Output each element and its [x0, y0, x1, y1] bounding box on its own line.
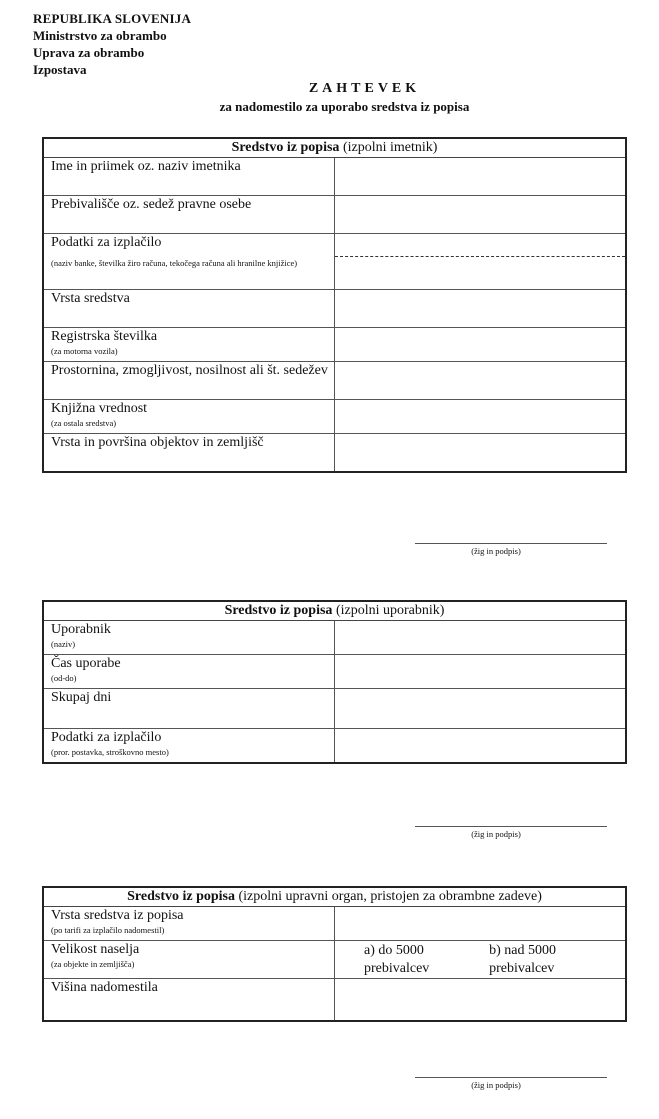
- field-label-book-value: Knjižna vrednost (za ostala sredstva): [43, 400, 335, 434]
- user-section-table: Sredstvo iz popisa (izpolni uporabnik) U…: [42, 600, 627, 764]
- title-main: ZAHTEVEK: [70, 80, 659, 98]
- asset-type-field[interactable]: [335, 290, 627, 328]
- field-label-holder-name: Ime in priimek oz. naziv imetnika: [43, 158, 335, 196]
- table-row: Uporabnik (naziv): [43, 621, 626, 655]
- field-label-capacity: Prostornina, zmogljivost, nosilnost ali …: [43, 362, 335, 400]
- header-ministry: Ministrstvo za obrambo: [33, 27, 191, 44]
- holder-section-heading: Sredstvo iz popisa (izpolni imetnik): [43, 138, 626, 158]
- table-row: Prebivališče oz. sedež pravne osebe: [43, 196, 626, 234]
- table-row: Prostornina, zmogljivost, nosilnost ali …: [43, 362, 626, 400]
- authority-section-heading: Sredstvo iz popisa (izpolni upravni orga…: [43, 887, 626, 907]
- table-row: Čas uporabe (od-do): [43, 655, 626, 689]
- field-label-registration: Registrska številka (za motorna vozila): [43, 328, 335, 362]
- option-up-to-5000[interactable]: a) do 5000 prebivalcev: [364, 942, 489, 978]
- settlement-size-field: a) do 5000 prebivalcev b) nad 5000 prebi…: [335, 941, 627, 979]
- table-row: Knjižna vrednost (za ostala sredstva): [43, 400, 626, 434]
- header-administration: Uprava za obrambo: [33, 44, 191, 61]
- table-row: Registrska številka (za motorna vozila): [43, 328, 626, 362]
- field-label-total-days: Skupaj dni: [43, 689, 335, 729]
- field-label-compensation-amount: Višina nadomestila: [43, 979, 335, 1021]
- section-heading-note: (izpolni upravni organ, pristojen za obr…: [235, 889, 542, 904]
- field-label-asset-type-tariff: Vrsta sredstva iz popisa (po tarifi za i…: [43, 907, 335, 941]
- table-row: Velikost naselja (za objekte in zemljišč…: [43, 941, 626, 979]
- registration-number-field[interactable]: [335, 328, 627, 362]
- usage-period-field[interactable]: [335, 655, 627, 689]
- authority-section-table: Sredstvo iz popisa (izpolni upravni orga…: [42, 886, 627, 1022]
- field-label-payment-data-user: Podatki za izplačilo (pror. postavka, st…: [43, 729, 335, 763]
- holder-name-field[interactable]: [335, 158, 627, 196]
- table-row: Podatki za izplačilo (pror. postavka, st…: [43, 729, 626, 763]
- objects-land-field[interactable]: [335, 434, 627, 472]
- table-row: Višina nadomestila: [43, 979, 626, 1021]
- field-note-asset-type-tariff: (po tarifi za izplačilo nadomestil): [51, 925, 330, 935]
- table-row: Podatki za izplačilo (naziv banke, števi…: [43, 234, 626, 290]
- field-label-residence: Prebivališče oz. sedež pravne osebe: [43, 196, 335, 234]
- field-note-registration: (za motorna vozila): [51, 346, 330, 356]
- dashed-divider: [335, 256, 625, 257]
- user-section-heading: Sredstvo iz popisa (izpolni uporabnik): [43, 601, 626, 621]
- field-note-payment-data-user: (pror. postavka, stroškovno mesto): [51, 747, 330, 757]
- field-note-payment-data: (naziv banke, številka žiro računa, teko…: [51, 258, 330, 268]
- field-label-asset-type: Vrsta sredstva: [43, 290, 335, 328]
- field-note-usage-period: (od-do): [51, 673, 330, 683]
- title-subtitle: za nadomestilo za uporabo sredstva iz po…: [30, 98, 659, 116]
- asset-type-tariff-field[interactable]: [335, 907, 627, 941]
- section-heading-note: (izpolni uporabnik): [332, 603, 444, 618]
- field-note-user: (naziv): [51, 639, 330, 649]
- total-days-field[interactable]: [335, 689, 627, 729]
- payment-data-user-field[interactable]: [335, 729, 627, 763]
- section-heading-bold: Sredstvo iz popisa: [232, 140, 340, 155]
- authority-signature-line: (žig in podpis): [415, 1077, 607, 1091]
- table-row: Vrsta sredstva: [43, 290, 626, 328]
- holder-section-table: Sredstvo iz popisa (izpolni imetnik) Ime…: [42, 137, 627, 473]
- section-heading-bold: Sredstvo iz popisa: [225, 603, 333, 618]
- section-heading-bold: Sredstvo iz popisa: [127, 889, 235, 904]
- user-field[interactable]: [335, 621, 627, 655]
- field-label-objects-land: Vrsta in površina objektov in zemljišč: [43, 434, 335, 472]
- table-row: Skupaj dni: [43, 689, 626, 729]
- header-branch: Izpostava: [33, 61, 191, 78]
- payment-data-field[interactable]: [335, 234, 627, 290]
- user-signature-line: (žig in podpis): [415, 826, 607, 840]
- field-note-settlement-size: (za objekte in zemljišča): [51, 959, 330, 969]
- field-label-settlement-size: Velikost naselja (za objekte in zemljišč…: [43, 941, 335, 979]
- book-value-field[interactable]: [335, 400, 627, 434]
- section-heading-note: (izpolni imetnik): [339, 140, 437, 155]
- residence-field[interactable]: [335, 196, 627, 234]
- compensation-amount-field[interactable]: [335, 979, 627, 1021]
- field-note-book-value: (za ostala sredstva): [51, 418, 330, 428]
- holder-signature-line: (žig in podpis): [415, 543, 607, 557]
- field-label-usage-period: Čas uporabe (od-do): [43, 655, 335, 689]
- table-row: Ime in priimek oz. naziv imetnika: [43, 158, 626, 196]
- signature-caption: (žig in podpis): [471, 1080, 521, 1090]
- issuer-header: REPUBLIKA SLOVENIJA Ministrstvo za obram…: [33, 10, 191, 78]
- capacity-field[interactable]: [335, 362, 627, 400]
- option-over-5000[interactable]: b) nad 5000 prebivalcev: [489, 942, 621, 978]
- table-row: Vrsta sredstva iz popisa (po tarifi za i…: [43, 907, 626, 941]
- field-label-user: Uporabnik (naziv): [43, 621, 335, 655]
- signature-caption: (žig in podpis): [471, 829, 521, 839]
- signature-caption: (žig in podpis): [471, 546, 521, 556]
- header-republic: REPUBLIKA SLOVENIJA: [33, 10, 191, 27]
- document-title: ZAHTEVEK za nadomestilo za uporabo sreds…: [0, 80, 659, 116]
- field-label-payment-data: Podatki za izplačilo (naziv banke, števi…: [43, 234, 335, 290]
- table-row: Vrsta in površina objektov in zemljišč: [43, 434, 626, 472]
